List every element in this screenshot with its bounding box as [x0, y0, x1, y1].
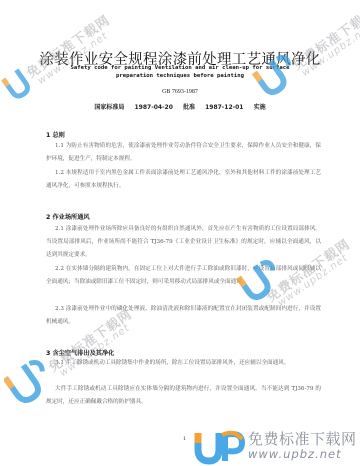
up-logo-icon: [192, 427, 246, 465]
paragraph-2-2: 2.2 在实体墙分隔的建筑物内，在固定工位上对大件进行手工除油或除旧漆时，应设置…: [46, 263, 321, 289]
section-heading-3: 3 含尘空气排出及其净化: [46, 348, 114, 357]
section-heading-2: 2 作业场所通风: [46, 212, 90, 221]
section-heading-1: 1 总则: [46, 130, 65, 139]
standard-number: GB 7693-1987: [0, 89, 360, 95]
document-title-en: Safety code for painting Ventilation and…: [0, 64, 360, 80]
page-number: 1: [183, 436, 186, 442]
brand-url: www.upbz.net: [248, 447, 342, 461]
paragraph-3-2: 大件手工除锈或机动工具除锈应在实体墙分隔的建筑物内进行，并设置全面通风。当不能达…: [46, 383, 321, 409]
title-en-line-2: preparation techniques before painting: [0, 72, 360, 80]
effective-label: 实施: [254, 104, 266, 111]
effective-date: 1987-12-01: [205, 104, 243, 111]
approved-date: 1987-04-20: [135, 104, 173, 111]
title-en-line-1: Safety code for painting Ventilation and…: [0, 64, 360, 72]
brand-name: 免费标准下载网: [248, 428, 357, 449]
paragraph-1-1: 1.1 为防止有害物质的危害，使涂漆前处理作业劳动条件符合安全卫生要求，保障作业…: [46, 140, 321, 166]
paragraph-3-1: 3.1 手工除锈或机动工具除锈集中作业的场所，除在工位设置局部排风外，还应辅以全…: [46, 357, 321, 370]
brand-logo: 免费标准下载网 www.upbz.net: [190, 425, 360, 466]
paragraph-2-1: 2.1 涂漆前处理作业场所除应具备良好的有组织自然通风外，首先应在产生有害物质的…: [46, 223, 321, 262]
paragraph-2-3: 2.3 涂漆前处理作业中的磷化处理液、除油清洗液和除旧漆液的配置宜在封闭装置或配…: [46, 303, 321, 329]
issue-info: 国家标准局 1987-04-20 批准 1987-12-01 实施: [0, 102, 360, 111]
paragraph-1-2: 1.2 本规程适用于室内黑色金属工件表面涂漆前处理工艺通风净化，室外和其他材料工…: [46, 167, 321, 193]
document-page: 涂装作业安全规程涂漆前处理工艺通风净化 Safety code for pain…: [0, 0, 360, 466]
issuer: 国家标准局: [94, 104, 124, 111]
approved-label: 批准: [183, 104, 195, 111]
